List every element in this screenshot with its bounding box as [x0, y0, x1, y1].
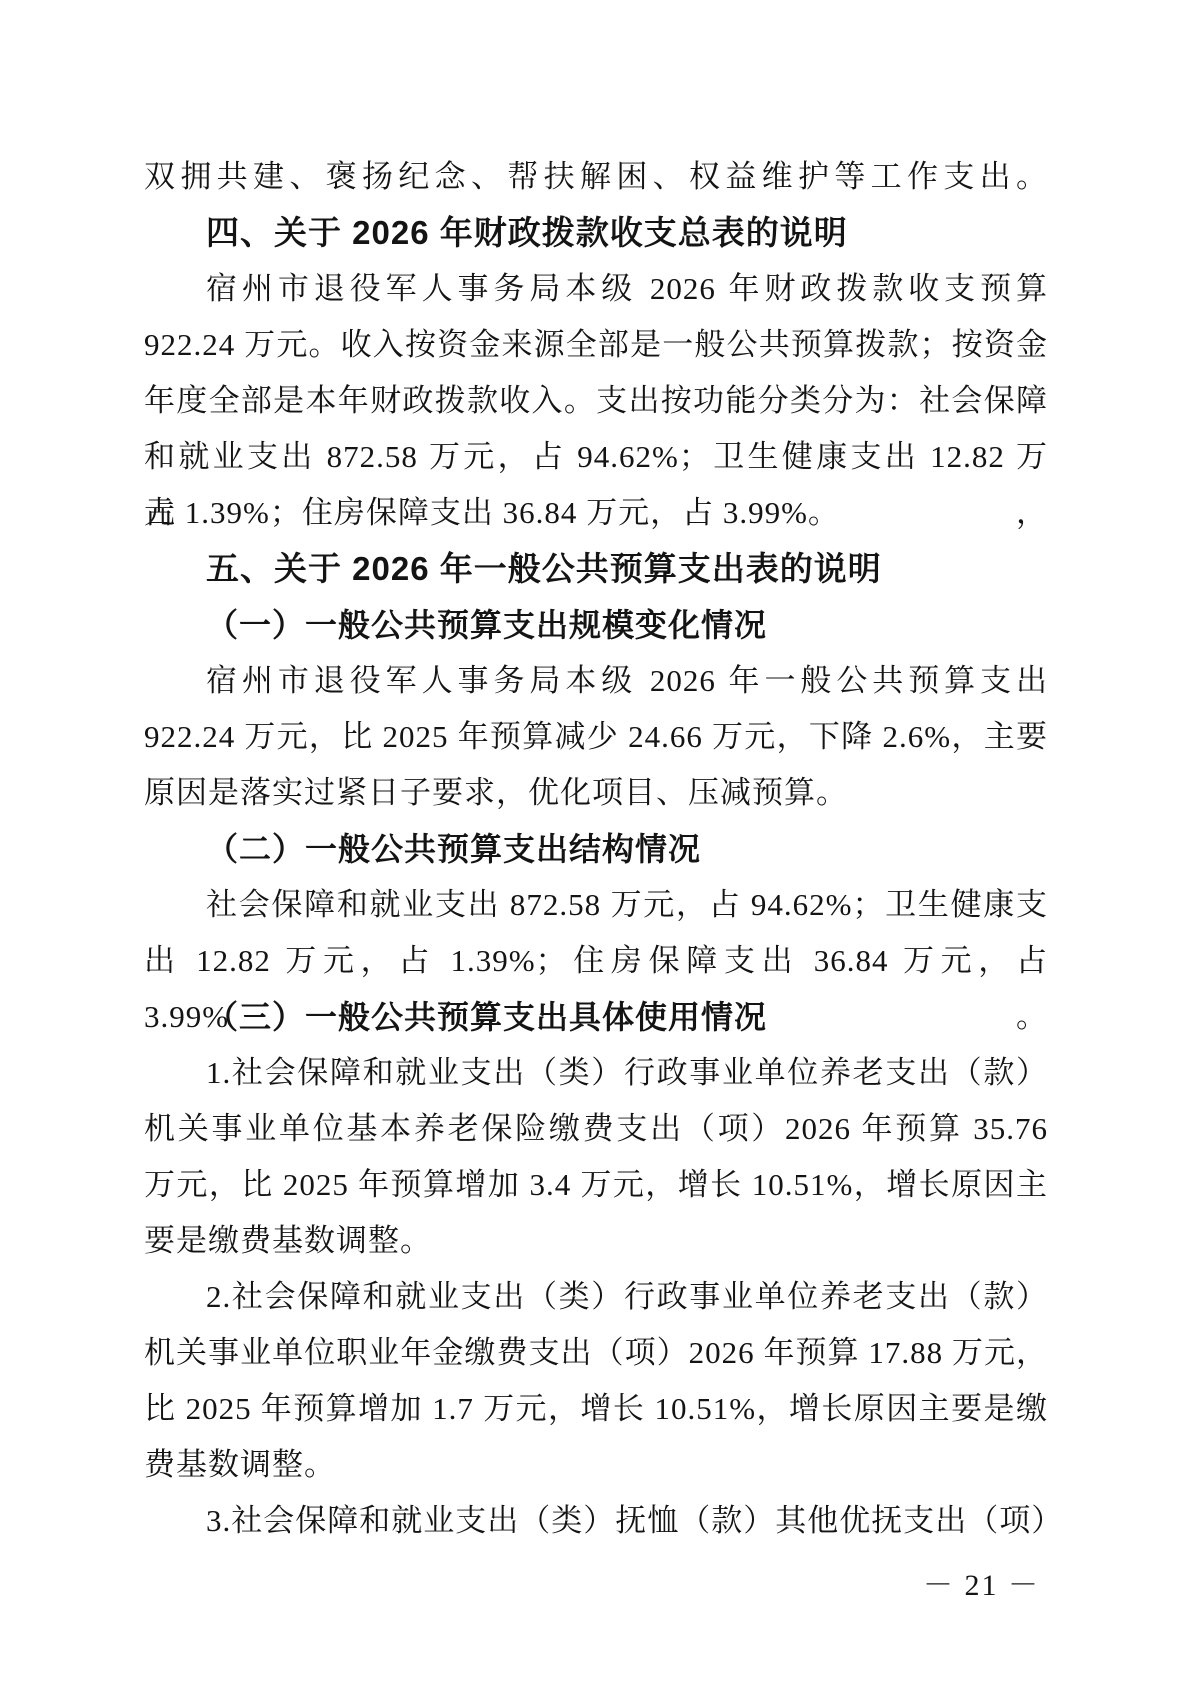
subheading-one: （一）一般公共预算支出规模变化情况	[144, 597, 1048, 653]
body-line: 宿州市退役军人事务局本级 2026 年一般公共预算支出	[144, 653, 1048, 709]
body-line: 机关事业单位基本养老保险缴费支出（项）2026 年预算 35.76	[144, 1101, 1048, 1157]
body-line: 万元，比 2025 年预算增加 3.4 万元，增长 10.51%，增长原因主	[144, 1157, 1048, 1213]
page-number: － 21 －	[923, 1568, 1040, 1604]
body-line: 和就业支出 872.58 万元，占 94.62%；卫生健康支出 12.82 万元…	[144, 429, 1048, 485]
body-line: 机关事业单位职业年金缴费支出（项）2026 年预算 17.88 万元，	[144, 1325, 1048, 1381]
body-line: 比 2025 年预算增加 1.7 万元，增长 10.51%，增长原因主要是缴	[144, 1381, 1048, 1437]
heading-section-four: 四、关于 2026 年财政拨款收支总表的说明	[144, 205, 1048, 261]
body-line: 宿州市退役军人事务局本级 2026 年财政拨款收支预算	[144, 261, 1048, 317]
subheading-two: （二）一般公共预算支出结构情况	[144, 821, 1048, 877]
body-line: 要是缴费基数调整。	[144, 1213, 1048, 1269]
heading-section-five: 五、关于 2026 年一般公共预算支出表的说明	[144, 541, 1048, 597]
body-line: 费基数调整。	[144, 1437, 1048, 1493]
body-line: 出 12.82 万元，占 1.39%；住房保障支出 36.84 万元，占 3.9…	[144, 933, 1048, 989]
body-line-item-1: 1.社会保障和就业支出（类）行政事业单位养老支出（款）	[144, 1045, 1048, 1101]
body-line: 原因是落实过紧日子要求，优化项目、压减预算。	[144, 765, 1048, 821]
body-line-item-3: 3.社会保障和就业支出（类）抚恤（款）其他优抚支出（项）	[144, 1493, 1048, 1549]
document-page: 双拥共建、褒扬纪念、帮扶解困、权益维护等工作支出。 四、关于 2026 年财政拨…	[0, 0, 1190, 1683]
body-line: 922.24 万元。收入按资金来源全部是一般公共预算拨款；按资金	[144, 317, 1048, 373]
body-line: 922.24 万元，比 2025 年预算减少 24.66 万元，下降 2.6%，…	[144, 709, 1048, 765]
page-body-text: 双拥共建、褒扬纪念、帮扶解困、权益维护等工作支出。 四、关于 2026 年财政拨…	[144, 149, 1048, 1549]
body-line: 社会保障和就业支出 872.58 万元，占 94.62%；卫生健康支	[144, 877, 1048, 933]
paragraph-continuation-line: 双拥共建、褒扬纪念、帮扶解困、权益维护等工作支出。	[144, 149, 1048, 205]
body-line: 年度全部是本年财政拨款收入。支出按功能分类分为：社会保障	[144, 373, 1048, 429]
body-line-item-2: 2.社会保障和就业支出（类）行政事业单位养老支出（款）	[144, 1269, 1048, 1325]
